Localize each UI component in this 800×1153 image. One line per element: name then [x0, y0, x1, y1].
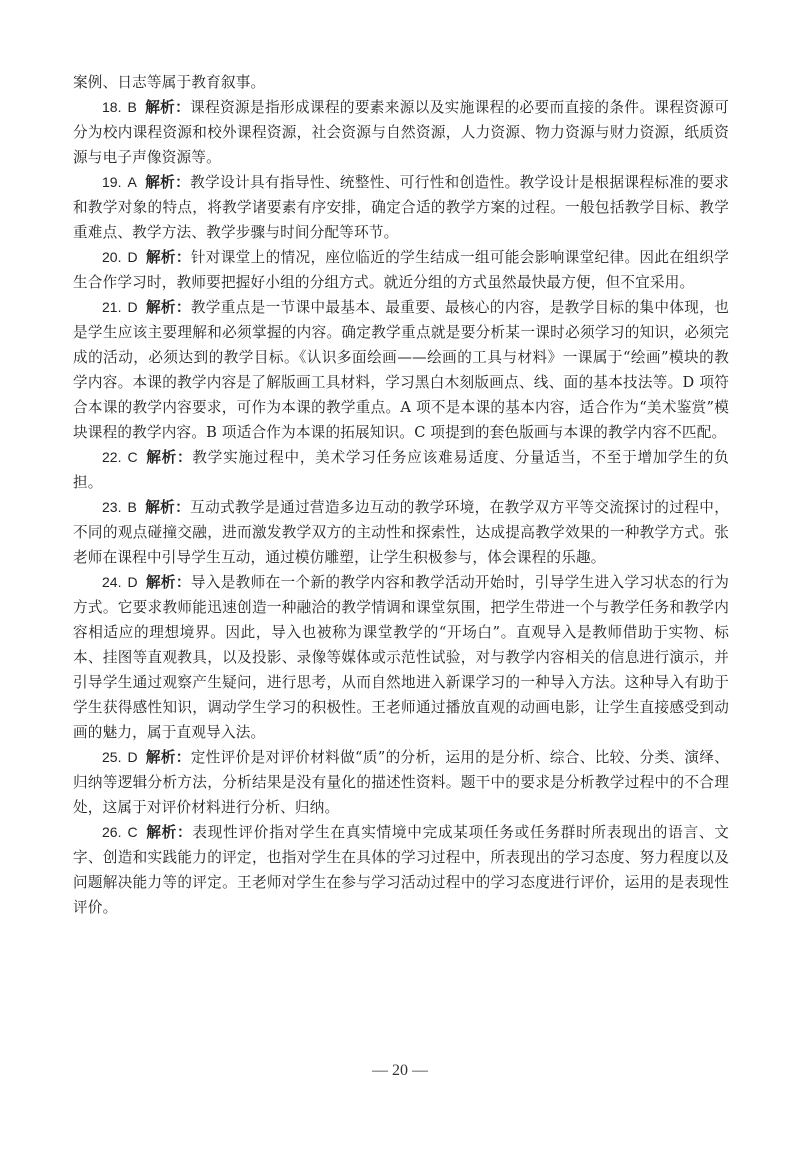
question-number: 26.	[102, 824, 121, 840]
page-number: — 20 —	[0, 1062, 800, 1080]
question-number: 23.	[102, 499, 121, 515]
answer-item-19: 19.A解析：教学设计具有指导性、统整性、可行性和创造性。教学设计是根据课程标准…	[73, 170, 729, 245]
question-number: 19.	[102, 174, 121, 190]
answer-item-25: 25.D解析：定性评价是对评价材料做“质”的分析，运用的是分析、综合、比较、分类…	[73, 745, 729, 820]
answer-item-26: 26.C解析：表现性评价指对学生在真实情境中完成某项任务或任务群时所表现出的语言…	[73, 820, 729, 920]
analysis-label: 解析：	[146, 299, 191, 316]
question-number: 22.	[102, 449, 121, 465]
question-number: 25.	[102, 749, 121, 765]
answer-letter: D	[127, 749, 137, 765]
analysis-label: 解析：	[146, 749, 191, 766]
analysis-label: 解析：	[145, 499, 190, 516]
analysis-label: 解析：	[145, 99, 190, 116]
question-number: 20.	[102, 249, 121, 265]
analysis-text: 教学重点是一节课中最基本、最重要、最核心的内容，是教学目标的集中体现，也是学生应…	[73, 299, 729, 441]
answer-letter: C	[127, 449, 137, 465]
analysis-label: 解析：	[146, 249, 191, 266]
answer-item-24: 24.D解析：导入是教师在一个新的教学内容和教学活动开始时，引导学生进入学习状态…	[73, 570, 729, 745]
answer-letter: B	[127, 99, 137, 115]
analysis-label: 解析：	[146, 824, 193, 841]
answer-letter: A	[127, 174, 137, 190]
question-number: 21.	[102, 299, 121, 315]
answer-item-21: 21.D解析：教学重点是一节课中最基本、最重要、最核心的内容，是教学目标的集中体…	[73, 295, 729, 445]
answer-item-20: 20.D解析：针对课堂上的情况，座位临近的学生结成一组可能会影响课堂纪律。因此在…	[73, 245, 729, 295]
answer-item-23: 23.B解析：互动式教学是通过营造多边互动的教学环境，在教学双方平等交流探讨的过…	[73, 495, 729, 570]
answer-letter: C	[127, 824, 137, 840]
analysis-label: 解析：	[146, 574, 191, 591]
analysis-label: 解析：	[145, 174, 190, 191]
answer-letter: D	[127, 574, 137, 590]
question-number: 18.	[102, 99, 121, 115]
answer-letter: B	[127, 499, 137, 515]
analysis-label: 解析：	[146, 449, 193, 466]
answer-explanations: 案例、日志等属于教育叙事。 18.B解析：课程资源是指形成课程的要素来源以及实施…	[73, 70, 729, 920]
answer-letter: D	[127, 299, 137, 315]
answer-item-22: 22.C解析：教学实施过程中，美术学习任务应该难易适度、分量适当，不至于增加学生…	[73, 445, 729, 495]
answer-letter: D	[127, 249, 137, 265]
answer-item-18: 18.B解析：课程资源是指形成课程的要素来源以及实施课程的必要而直接的条件。课程…	[73, 95, 729, 170]
question-number: 24.	[102, 574, 121, 590]
analysis-text: 导入是教师在一个新的教学内容和教学活动开始时，引导学生进入学习状态的行为方式。它…	[73, 574, 729, 741]
continuation-text: 案例、日志等属于教育叙事。	[73, 70, 729, 95]
